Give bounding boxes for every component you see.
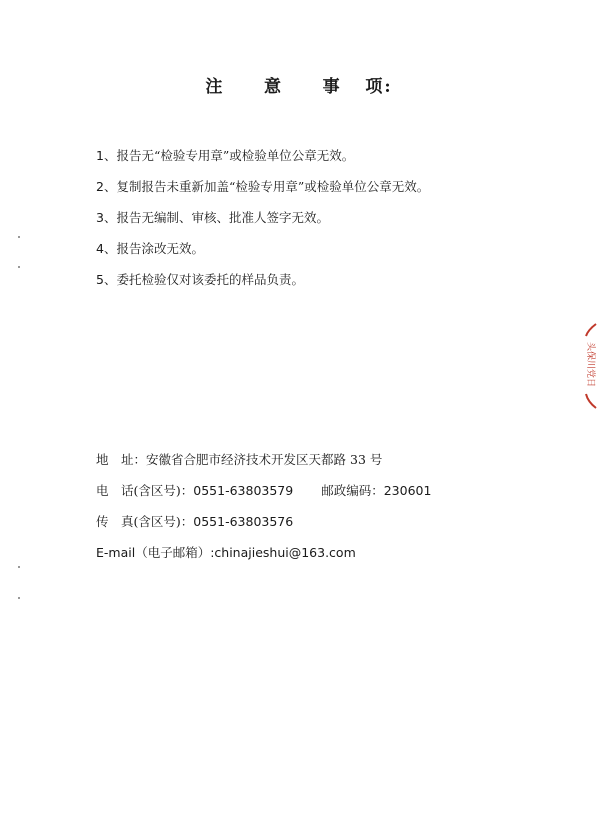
scan-speck: [18, 597, 20, 599]
red-stamp-fragment: 头保川党日: [574, 322, 598, 410]
notice-item: 4、报告涂改无效。: [96, 239, 429, 270]
phone-label: 电 话(含区号)：: [96, 483, 193, 498]
fax-value: 0551-63803576: [193, 514, 293, 529]
notice-text: 委托检验仅对该委托的样品负责。: [116, 272, 304, 287]
notice-item: 5、委托检验仅对该委托的样品负责。: [96, 270, 429, 301]
scan-speck: [18, 266, 20, 268]
contact-info: 地 址：安徽省合肥市经济技术开发区天都路 33 号 电 话(含区号)：0551-…: [96, 450, 431, 574]
notice-number: 4、: [96, 241, 116, 256]
title-char: 事: [323, 72, 342, 97]
notice-number: 5、: [96, 272, 116, 287]
notice-item: 1、报告无“检验专用章”或检验单位公章无效。: [96, 146, 429, 177]
fax-row: 传 真(含区号)：0551-63803576: [96, 512, 431, 543]
email-link[interactable]: chinajieshui@163.com: [214, 545, 355, 560]
postcode-label: 邮政编码：: [321, 483, 384, 498]
notice-item: 3、报告无编制、审核、批准人签字无效。: [96, 208, 429, 239]
phone-value: 0551-63803579: [193, 483, 293, 498]
notice-text: 报告涂改无效。: [116, 241, 204, 256]
postcode-value: 230601: [384, 483, 432, 498]
email-row: E-mail（电子邮箱）:chinajieshui@163.com: [96, 543, 431, 574]
address-value: 安徽省合肥市经济技术开发区天都路 33 号: [146, 452, 382, 467]
scan-speck: [18, 566, 20, 568]
notice-number: 3、: [96, 210, 116, 225]
address-label: 地 址：: [96, 452, 146, 467]
page-title: 注 意 事 项:: [0, 72, 598, 97]
notice-text: 复制报告未重新加盖“检验专用章”或检验单位公章无效。: [116, 179, 429, 194]
title-char: 项:: [365, 72, 392, 97]
notice-list: 1、报告无“检验专用章”或检验单位公章无效。 2、复制报告未重新加盖“检验专用章…: [96, 146, 429, 301]
notice-number: 2、: [96, 179, 116, 194]
svg-text:头保川党日: 头保川党日: [585, 342, 597, 387]
stamp-icon: 头保川党日: [574, 322, 598, 410]
title-char: 意: [264, 72, 283, 97]
phone-row: 电 话(含区号)：0551-63803579邮政编码：230601: [96, 481, 431, 512]
address-row: 地 址：安徽省合肥市经济技术开发区天都路 33 号: [96, 450, 431, 481]
notice-text: 报告无“检验专用章”或检验单位公章无效。: [116, 148, 354, 163]
notice-text: 报告无编制、审核、批准人签字无效。: [116, 210, 329, 225]
fax-label: 传 真(含区号)：: [96, 514, 193, 529]
notice-item: 2、复制报告未重新加盖“检验专用章”或检验单位公章无效。: [96, 177, 429, 208]
title-char: 注: [205, 72, 224, 97]
notice-number: 1、: [96, 148, 116, 163]
email-label: E-mail（电子邮箱）:: [96, 545, 214, 560]
scan-speck: [18, 236, 20, 238]
